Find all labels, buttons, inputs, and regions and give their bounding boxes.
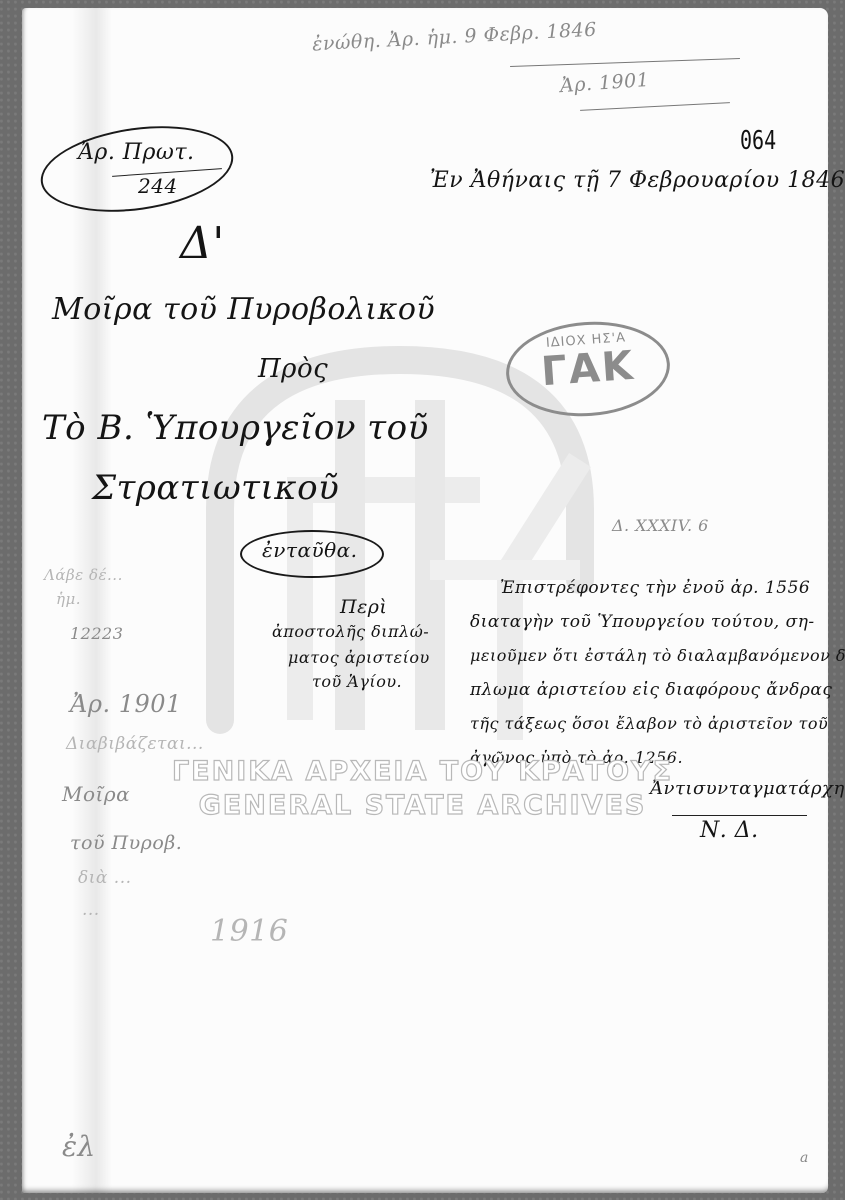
margin-note: διὰ ... <box>78 868 132 888</box>
page-number: 064 <box>740 124 776 155</box>
bottom-right-note: a <box>800 1150 809 1166</box>
signature-initial: Ν. Δ. <box>700 818 759 843</box>
body-line: διαταγὴν τοῦ Ὑπουργείου τούτου, ση- <box>470 612 815 632</box>
recipient-line-2: Στρατιωτικοῦ <box>92 468 339 508</box>
margin-note: 1916 <box>210 914 288 949</box>
body-line: πλωμα ἀριστείου εἰς διαφόρους ἄνδρας <box>470 680 832 700</box>
body-line: μειοῦμεν ὅτι ἐστάλη τὸ διαλαμβανόμενον δ… <box>470 646 845 665</box>
place-date: Ἐν Ἀθήναις τῇ 7 Φεβρουαρίου 1846 <box>430 168 845 193</box>
protocol-label: Ἀρ. Πρωτ. <box>78 140 195 165</box>
watermark-text-english: GENERAL STATE ARCHIVES <box>0 790 845 821</box>
margin-note: ἡμ. <box>56 590 81 608</box>
body-line: τῆς τάξεως ὅσοι ἔλαβον τὸ ἀριστεῖον τοῦ <box>470 714 828 733</box>
pros-label: Πρὸς <box>258 354 328 384</box>
margin-note: ... <box>82 900 100 920</box>
margin-note: Λάβε δέ... <box>44 566 123 584</box>
subject-line-2: ἀποστολῆς διπλώ- <box>272 622 429 641</box>
margin-note: Ἀρ. 1901 <box>70 690 182 718</box>
body-line: Ἐπιστρέφοντες τὴν ἐνοῦ ἀρ. 1556 <box>500 578 810 598</box>
subject-line-1: Περὶ <box>340 596 387 618</box>
watermark-text-greek: ΓΕΝΙΚΑ ΑΡΧΕΙΑ ΤΟΥ ΚΡΑΤΟΥΣ <box>0 756 845 787</box>
margin-note: Διαβιβάζεται... <box>66 734 204 754</box>
protocol-number: 244 <box>138 174 178 198</box>
subject-line-4: τοῦ Ἁγίου. <box>312 672 402 691</box>
subject-line-3: ματος ἀριστείου <box>288 648 430 667</box>
recipient-line-1: Τὸ Β. Ὑπουργεῖον τοῦ <box>42 408 429 448</box>
section-letter: Δ' <box>180 218 225 269</box>
catalog-mark: Δ. XXXIV. 6 <box>612 516 709 535</box>
bottom-left-note: ἐλ <box>62 1130 96 1163</box>
recipient-qualifier: ἐνταῦθα. <box>262 538 358 562</box>
sender: Μοῖρα τοῦ Πυροβολικοῦ <box>52 292 435 327</box>
margin-note: τοῦ Πυροβ. <box>70 832 182 854</box>
margin-note: 12223 <box>70 624 123 643</box>
